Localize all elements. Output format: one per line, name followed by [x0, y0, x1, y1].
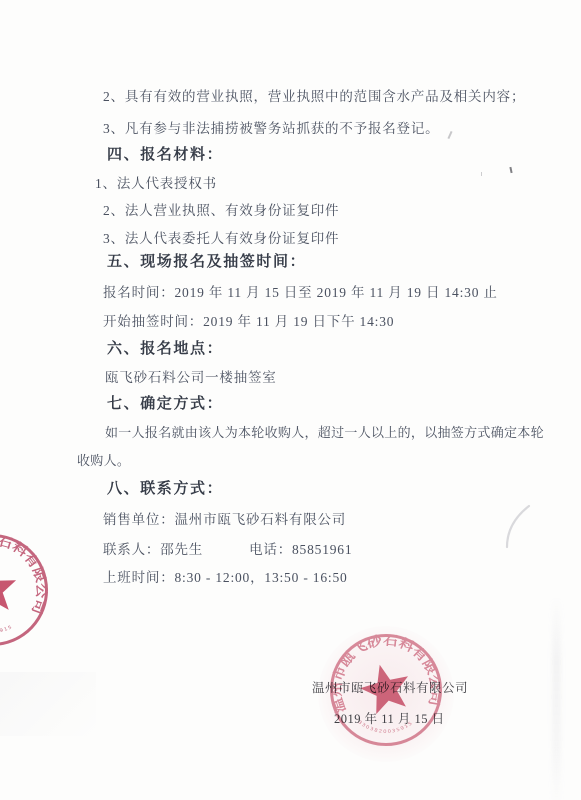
company-seal-bottom: 温州市瓯飞砂石料有限公司 3303820035915: [324, 628, 448, 752]
star-icon: [0, 562, 18, 612]
item-authorization-letter: 1、法人代表授权书: [95, 172, 217, 192]
line-contact: 联系人：邵先生电话：85851961: [103, 538, 352, 558]
heading-contact: 八、联系方式：: [107, 477, 223, 498]
scanned-document-page: 2、具有有效的营业执照，营业执照中的范围含水产品及相关内容； 3、凡有参与非法捕…: [0, 0, 581, 800]
seal-serial-number: 3303820035915: [0, 614, 15, 639]
star-icon: [356, 659, 415, 717]
line-seller: 销售单位：温州市瓯飞砂石料有限公司: [103, 508, 346, 528]
clause-business-license: 2、具有有效的营业执照，营业执照中的范围含水产品及相关内容；: [103, 85, 525, 105]
contact-phone: 电话：85851961: [249, 542, 352, 557]
line-registration-time: 报名时间：2019 年 11 月 15 日至 2019 年 11 月 19 日 …: [103, 281, 498, 301]
seal-ring-text: 温州市瓯飞砂石料有限公司: [0, 523, 59, 624]
scan-speck: [481, 172, 482, 176]
line-draw-start-time: 开始抽签时间：2019 年 11 月 19 日下午 14:30: [103, 310, 394, 330]
svg-text:3303820035915: 3303820035915: [0, 614, 15, 639]
company-seal-left: 温州市瓯飞砂石料有限公司 3303820035915: [0, 518, 64, 662]
heading-time: 五、现场报名及抽签时间：: [107, 250, 306, 271]
line-location: 瓯飞砂石料公司一楼抽签室: [105, 366, 277, 386]
scan-crease-mark: [503, 503, 545, 551]
line-office-hours: 上班时间：8:30 - 12:00，13:50 - 16:50: [103, 566, 348, 586]
scan-speck: [447, 131, 452, 139]
para-method-line1: 如一人报名就由该人为本轮收购人，超过一人以上的，以抽签方式确定本轮: [105, 422, 544, 441]
scan-speck: [509, 167, 512, 173]
heading-materials: 四、报名材料：: [107, 143, 223, 164]
item-license-id-copy: 2、法人营业执照、有效身份证复印件: [103, 199, 339, 219]
seal-serial-number: 3303820035915: [357, 719, 415, 735]
heading-location: 六、报名地点：: [107, 337, 223, 358]
scan-streak: [552, 598, 561, 800]
svg-text:温州市瓯飞砂石料有限公司: 温州市瓯飞砂石料有限公司: [0, 523, 59, 624]
scan-edge-shade: [0, 672, 96, 736]
svg-text:3303820035915: 3303820035915: [357, 719, 415, 735]
item-delegate-id-copy: 3、法人代表委托人有效身份证复印件: [103, 227, 339, 247]
heading-method: 七、确定方式：: [107, 392, 223, 413]
clause-illegal-fishing: 3、凡有参与非法捕捞被警务站抓获的不予报名登记。: [103, 117, 439, 137]
contact-person: 联系人：邵先生: [103, 542, 203, 557]
para-method-line2: 收购人。: [77, 450, 130, 469]
